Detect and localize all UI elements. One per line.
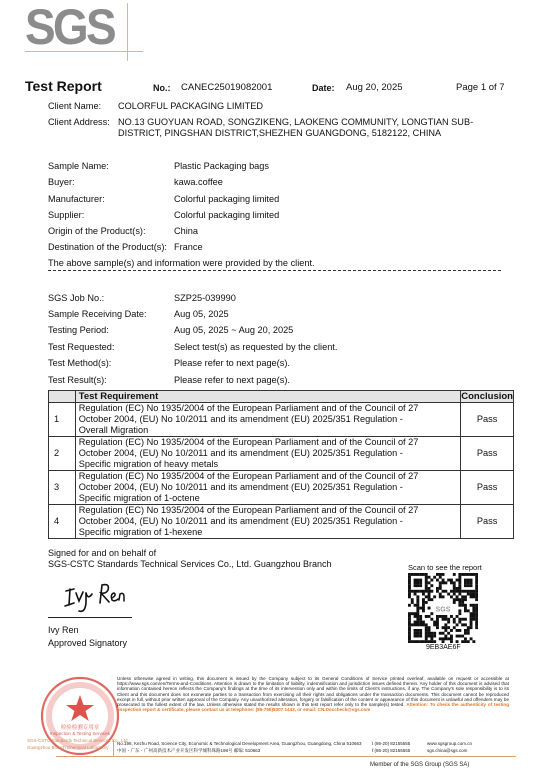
footer-horizontal-rule [56, 756, 516, 757]
requirement-line: Specific migration of heavy metals [79, 459, 458, 470]
field-value: SZP25-039990 [174, 293, 236, 304]
address-english: No.198, Kezhu Road, Science City, Econom… [117, 740, 362, 747]
sgs-logo-text: SGS [25, 2, 114, 52]
signature-line [48, 617, 132, 618]
address-chinese: 中国・广东・广州高新技术产业开发区科学城科珠路198号 邮编: 510663 [117, 747, 362, 754]
table-row: 4 Regulation (EC) No 1935/2004 of the Eu… [49, 505, 514, 539]
test-methods-row: Test Method(s): Please refer to next pag… [0, 358, 540, 369]
job-no-row: SGS Job No.: SZP25-039990 [0, 293, 540, 304]
phone-t: t (86-20) 82155555 [372, 740, 410, 747]
testing-period-row: Testing Period: Aug 05, 2025 ~ Aug 20, 2… [0, 325, 540, 336]
row-number: 4 [49, 505, 76, 539]
qr-code[interactable]: SGS [408, 573, 478, 643]
col-header-requirement: Test Requirement [75, 391, 461, 403]
report-number-label: No.: [153, 83, 171, 93]
field-value: Aug 05, 2025 ~ Aug 20, 2025 [174, 325, 293, 336]
svg-text:Inspection & Testing Services: Inspection & Testing Services [50, 731, 111, 736]
row-conclusion: Pass [461, 471, 514, 505]
client-name-label: Client Name: [48, 101, 101, 112]
stamp-lab-line: Guangzhou Branch Chemical Laboratory [27, 745, 109, 750]
requirement-line: Specific migration of 1-hexene [79, 527, 458, 538]
report-date-label: Date: [312, 83, 335, 93]
row-conclusion: Pass [461, 437, 514, 471]
handwritten-signature [62, 573, 132, 620]
footer-phone: t (86-20) 82155555 f (86-20) 82155555 [372, 740, 410, 754]
field-label: Test Requested: [48, 342, 114, 353]
requirement-line: Regulation (EC) No 1935/2004 of the Euro… [79, 403, 458, 414]
field-value: Colorful packaging limited [174, 210, 279, 221]
field-label: Sample Name: [48, 161, 109, 172]
email-link[interactable]: sgs.china@sgs.com [427, 747, 472, 754]
row-number: 2 [49, 437, 76, 471]
signer-name: Ivy Ren [48, 625, 79, 635]
requirement-line: Regulation (EC) No 1935/2004 of the Euro… [79, 505, 458, 516]
row-conclusion: Pass [461, 505, 514, 539]
supplier-row: Supplier: Colorful packaging limited [0, 210, 540, 221]
field-label: Origin of the Product(s): [48, 226, 146, 237]
sample-note: The above sample(s) and information were… [48, 258, 315, 269]
manufacturer-row: Manufacturer: Colorful packaging limited [0, 194, 540, 205]
footer-address: No.198, Kezhu Road, Science City, Econom… [117, 740, 362, 754]
client-name-value: COLORFUL PACKAGING LIMITED [118, 101, 263, 112]
logo-crosshair-vertical [127, 3, 128, 61]
receiving-date-row: Sample Receiving Date: Aug 05, 2025 [0, 309, 540, 320]
legal-disclaimer: Unless otherwise agreed in writing, this… [117, 676, 509, 712]
field-value: China [174, 226, 198, 237]
sgs-logo: SGS [0, 0, 150, 65]
page-indicator: Page 1 of 7 [456, 82, 505, 93]
signer-title: Approved Signatory [48, 638, 127, 648]
field-label: Manufacturer: [48, 194, 105, 205]
signed-on-behalf: Signed for and on behalf of SGS-CSTC Sta… [48, 548, 331, 570]
field-value: France [174, 242, 203, 253]
field-value: Select test(s) as requested by the clien… [174, 342, 337, 353]
field-label: Testing Period: [48, 325, 109, 336]
row-requirement: Regulation (EC) No 1935/2004 of the Euro… [75, 403, 461, 437]
row-requirement: Regulation (EC) No 1935/2004 of the Euro… [75, 471, 461, 505]
field-label: Test Result(s): [48, 375, 107, 386]
requirement-line: Specific migration of 1-octene [79, 493, 458, 504]
client-address-line1: NO.13 GUOYUAN ROAD, SONGZIKENG, LAOKENG … [118, 117, 473, 128]
qr-code-id: 9EB3AE6F [426, 644, 461, 651]
footer-contact: www.sgsgroup.com.cn sgs.china@sgs.com [427, 740, 472, 754]
field-value: kawa.coffee [174, 177, 223, 188]
field-value: Please refer to next page(s). [174, 358, 290, 369]
report-number: CANEC25019082001 [181, 82, 272, 93]
field-label: SGS Job No.: [48, 293, 104, 304]
phone-f: f (86-20) 82155555 [372, 747, 410, 754]
test-requirements-table: Test Requirement Conclusion 1 Regulation… [48, 390, 514, 539]
website-link[interactable]: www.sgsgroup.com.cn [427, 740, 472, 747]
requirement-line: October 2004, (EU) No 10/2011 and its am… [79, 448, 458, 459]
field-label: Test Method(s): [48, 358, 111, 369]
col-header-conclusion: Conclusion [461, 391, 514, 403]
table-row: 1 Regulation (EC) No 1935/2004 of the Eu… [49, 403, 514, 437]
client-address-label: Client Address: [48, 117, 110, 128]
report-title: Test Report [25, 78, 102, 94]
table-header-row: Test Requirement Conclusion [49, 391, 514, 403]
signature-icon [62, 573, 132, 615]
sample-name-row: Sample Name: Plastic Packaging bags [0, 161, 540, 172]
client-address-line2: DISTRICT, PINGSHAN DISTRICT,SHEZHEN GUAN… [118, 128, 441, 139]
origin-row: Origin of the Product(s): China [0, 226, 540, 237]
test-requested-row: Test Requested: Select test(s) as reques… [0, 342, 540, 353]
requirement-line: Regulation (EC) No 1935/2004 of the Euro… [79, 437, 458, 448]
field-label: Sample Receiving Date: [48, 309, 147, 320]
table-row: 2 Regulation (EC) No 1935/2004 of the Eu… [49, 437, 514, 471]
report-date: Aug 20, 2025 [346, 82, 403, 93]
col-header-number [49, 391, 76, 403]
footer-vertical-rule [113, 740, 114, 756]
field-label: Buyer: [48, 177, 75, 188]
test-results-row: Test Result(s): Please refer to next pag… [0, 375, 540, 386]
field-value: Colorful packaging limited [174, 194, 279, 205]
buyer-row: Buyer: kawa.coffee [0, 177, 540, 188]
svg-text:SGS: SGS [436, 607, 451, 614]
requirement-line: October 2004, (EU) No 10/2011 and its am… [79, 414, 458, 425]
field-value: Plastic Packaging bags [174, 161, 269, 172]
table-row: 3 Regulation (EC) No 1935/2004 of the Eu… [49, 471, 514, 505]
member-note: Member of the SGS Group (SGS SA) [370, 762, 469, 768]
row-number: 3 [49, 471, 76, 505]
signed-line1: Signed for and on behalf of [48, 548, 331, 559]
row-number: 1 [49, 403, 76, 437]
row-requirement: Regulation (EC) No 1935/2004 of the Euro… [75, 505, 461, 539]
field-label: Destination of the Product(s): [48, 242, 167, 253]
qr-code-icon: SGS [408, 573, 478, 643]
qr-label: Scan to see the report [408, 563, 482, 572]
requirement-line: Regulation (EC) No 1935/2004 of the Euro… [79, 471, 458, 482]
field-label: Supplier: [48, 210, 84, 221]
row-conclusion: Pass [461, 403, 514, 437]
field-value: Please refer to next page(s). [174, 375, 290, 386]
svg-text:检验检测专用章: 检验检测专用章 [61, 723, 100, 731]
dashed-divider [48, 270, 501, 272]
signed-line2: SGS-CSTC Standards Technical Services Co… [48, 559, 331, 570]
logo-crosshair-horizontal [25, 51, 143, 52]
destination-row: Destination of the Product(s): France [0, 242, 540, 253]
requirement-line: October 2004, (EU) No 10/2011 and its am… [79, 482, 458, 493]
field-value: Aug 05, 2025 [174, 309, 229, 320]
row-requirement: Regulation (EC) No 1935/2004 of the Euro… [75, 437, 461, 471]
requirement-line: October 2004, (EU) No 10/2011 and its am… [79, 516, 458, 527]
requirement-line: Overall Migration [79, 425, 458, 436]
